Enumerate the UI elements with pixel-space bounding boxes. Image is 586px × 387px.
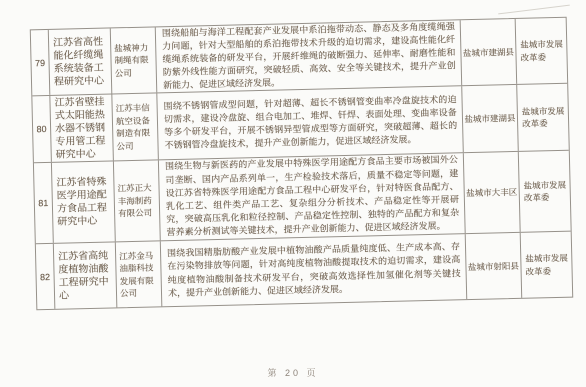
company-cell: 江苏金马油脂科技发展有限公司 — [116, 241, 163, 307]
approver-cell: 盐城市发展改革委 — [521, 232, 573, 298]
table-row: 82 江苏省高纯度植物油酸工程研究中心 江苏金马油脂科技发展有限公司 围绕我国精… — [36, 232, 572, 310]
row-number-cell: 81 — [34, 163, 54, 243]
description-cell: 围绕我国精脂肪酸产业发展中植物油酸产品质量纯度低、生产成本高、存在污染物排放等问… — [161, 234, 467, 306]
research-centers-table: 79 江苏省高性能化纤缆绳系统装备工程研究中心 盐城神力制绳有限公司 围绕船舶与… — [30, 17, 573, 311]
center-name-cell: 江苏省壁挂式太阳能热水器不锈钢专用管工程研究中心 — [50, 94, 114, 161]
table-row: 79 江苏省高性能化纤缆绳系统装备工程研究中心 盐城神力制绳有限公司 围绕船舶与… — [31, 18, 567, 97]
table-row: 81 江苏省特殊医学用途配方食品工程研究中心 江苏正大丰海制药有限公司 围绕生物… — [34, 151, 571, 245]
center-name-cell: 江苏省高纯度植物油酸工程研究中心 — [54, 242, 118, 308]
center-name-cell: 江苏省高性能化纤缆绳系统装备工程研究中心 — [49, 28, 113, 94]
table-row: 80 江苏省壁挂式太阳能热水器不锈钢专用管工程研究中心 江苏丰信航空设备制造有限… — [32, 84, 568, 164]
approver-cell: 盐城市发展改革委 — [517, 84, 569, 151]
page-footer: 第 20 页 — [0, 366, 586, 379]
company-cell: 江苏丰信航空设备制造有限公司 — [112, 93, 159, 160]
company-cell: 盐城神力制绳有限公司 — [111, 27, 158, 93]
company-cell: 江苏正大丰海制药有限公司 — [114, 160, 161, 241]
description-cell: 围绕生物与新医药的产业发展中特殊医学用途配方食品主要市场被国外公司垄断、国内产品… — [159, 153, 466, 240]
approver-cell: 盐城市发展改革委 — [519, 151, 571, 232]
description-cell: 围绕不锈钢管成型问题，针对超薄、超长不锈钢管变曲率冷盘旋技术的迫切需求，建设冷盘… — [157, 86, 463, 159]
location-cell: 盐城市射阳县 — [466, 233, 523, 299]
center-name-cell: 江苏省特殊医学用途配方食品工程研究中心 — [52, 161, 116, 242]
location-cell: 盐城市建湖县 — [461, 19, 518, 85]
row-number-cell: 80 — [32, 96, 52, 162]
approver-cell: 盐城市发展改革委 — [516, 18, 568, 84]
location-cell: 盐城市大丰区 — [464, 152, 521, 233]
row-number-cell: 82 — [36, 244, 56, 309]
row-number-cell: 79 — [31, 30, 51, 95]
location-cell: 盐城市建湖县 — [462, 85, 519, 152]
scan-artifact-line — [498, 5, 570, 15]
scanned-document-page: 79 江苏省高性能化纤缆绳系统装备工程研究中心 盐城神力制绳有限公司 围绕船舶与… — [0, 0, 586, 387]
description-cell: 围绕船舶与海洋工程配套产业发展中系泊拖带动态、静态及多角度缆绳强力问题，针对大型… — [156, 20, 462, 92]
